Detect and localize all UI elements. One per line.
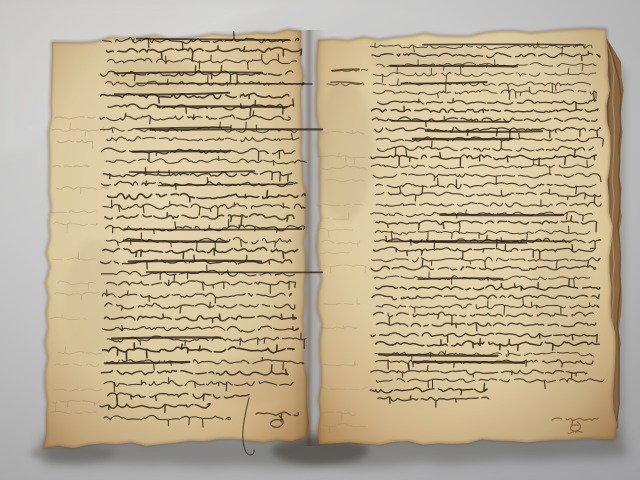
photo-vignette xyxy=(0,0,640,480)
manuscript-photo-canvas xyxy=(0,0,640,480)
manuscript-photo xyxy=(0,0,640,480)
